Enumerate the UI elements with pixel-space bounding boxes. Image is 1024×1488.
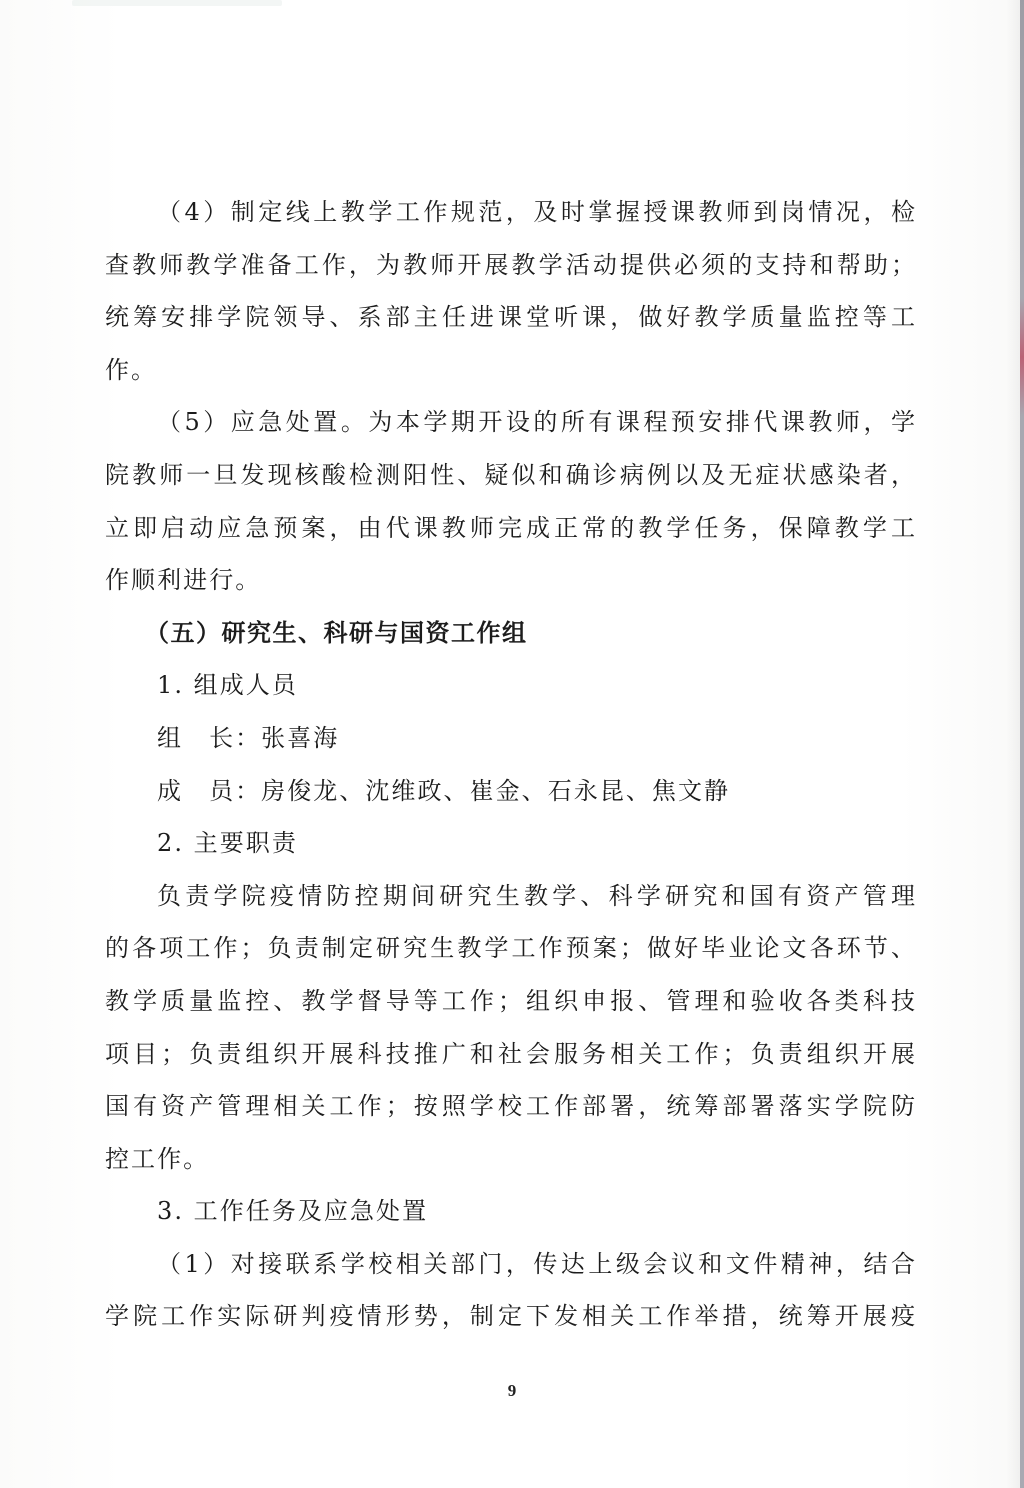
duties-line-6: 控工作。 bbox=[105, 1133, 917, 1186]
duties-line-3: 教学质量监控、教学督导等工作；组织申报、管理和验收各类科技 bbox=[105, 975, 917, 1028]
duties-line-1: 负责学院疫情防控期间研究生教学、科学研究和国有资产管理 bbox=[105, 870, 917, 923]
duties-line-4: 项目；负责组织开展科技推广和社会服务相关工作；负责组织开展 bbox=[105, 1028, 917, 1081]
duties-line-2: 的各项工作；负责制定研究生教学工作预案；做好毕业论文各环节、 bbox=[105, 922, 917, 975]
paragraph-5-line-4: 作顺利进行。 bbox=[105, 554, 917, 607]
paragraph-4-line-4: 作。 bbox=[105, 344, 917, 397]
tasks-title: 3. 工作任务及应急处置 bbox=[105, 1185, 917, 1238]
paragraph-4-line-3: 统筹安排学院领导、系部主任进课堂听课，做好教学质量监控等工 bbox=[105, 291, 917, 344]
members-label-second: 员： bbox=[209, 777, 261, 805]
task-1-line-1: （1）对接联系学校相关部门，传达上级会议和文件精神，结合 bbox=[105, 1238, 917, 1291]
binding-edge bbox=[1020, 0, 1024, 1488]
task-1-line-2: 学院工作实际研判疫情形势，制定下发相关工作举措，统筹开展疫 bbox=[105, 1290, 917, 1343]
page-edge-shadow bbox=[1006, 0, 1020, 1488]
leader-name: 张喜海 bbox=[261, 724, 339, 752]
members-row: 成员：房俊龙、沈维政、崔金、石永昆、焦文静 bbox=[105, 765, 917, 818]
members-title: 1. 组成人员 bbox=[105, 659, 917, 712]
section-heading: （五）研究生、科研与国资工作组 bbox=[105, 607, 917, 660]
leader-label-first: 组 bbox=[157, 724, 183, 752]
members-names: 房俊龙、沈维政、崔金、石永昆、焦文静 bbox=[261, 777, 730, 805]
leader-label-second: 长： bbox=[209, 724, 261, 752]
paragraph-4-line-2: 查教师教学准备工作，为教师开展教学活动提供必须的支持和帮助； bbox=[105, 239, 917, 292]
document-body: （4）制定线上教学工作规范，及时掌握授课教师到岗情况，检 查教师教学准备工作，为… bbox=[105, 186, 917, 1343]
faded-header-strip bbox=[72, 0, 282, 6]
duties-title: 2. 主要职责 bbox=[105, 817, 917, 870]
paragraph-5-line-1: （5）应急处置。为本学期开设的所有课程预安排代课教师，学 bbox=[105, 396, 917, 449]
leader-row: 组长：张喜海 bbox=[105, 712, 917, 765]
duties-line-5: 国有资产管理相关工作；按照学校工作部署，统筹部署落实学院防 bbox=[105, 1080, 917, 1133]
members-label-first: 成 bbox=[157, 777, 183, 805]
paragraph-5-line-3: 立即启动应急预案，由代课教师完成正常的教学任务，保障教学工 bbox=[105, 502, 917, 555]
paragraph-5-line-2: 院教师一旦发现核酸检测阳性、疑似和确诊病例以及无症状感染者， bbox=[105, 449, 917, 502]
paragraph-4-line-1: （4）制定线上教学工作规范，及时掌握授课教师到岗情况，检 bbox=[105, 186, 917, 239]
scanned-page: （4）制定线上教学工作规范，及时掌握授课教师到岗情况，检 查教师教学准备工作，为… bbox=[0, 0, 1024, 1488]
page-number: 9 bbox=[0, 1381, 1024, 1401]
